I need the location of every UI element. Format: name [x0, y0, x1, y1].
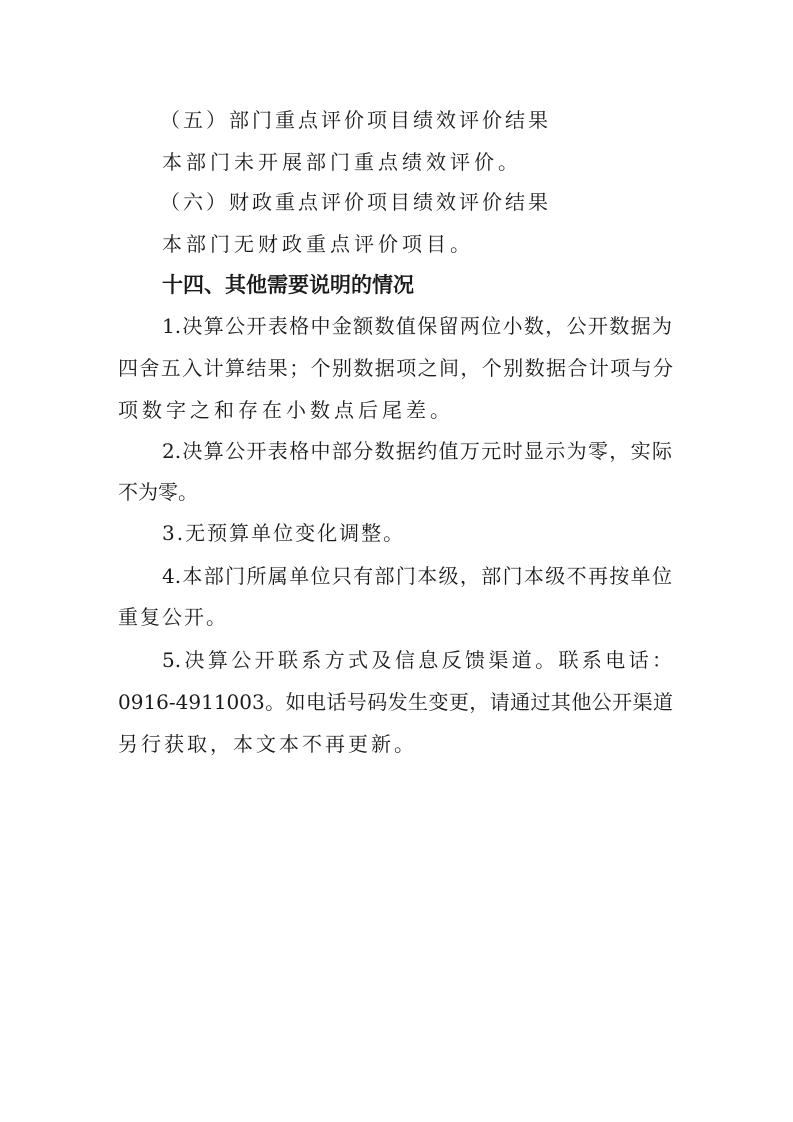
note-1-line-3: 项数字之和存在小数点后尾差。: [118, 398, 454, 422]
note-1-line-2: 四舍五入计算结果；个别数据项之间，个别数据合计项与分: [118, 356, 673, 380]
note-5-line-3: 另行获取，本文本不再更新。: [118, 732, 417, 756]
section-6-body: 本部门无财政重点评价项目。: [162, 232, 474, 256]
note-4-line-1: 4.本部门所属单位只有部门本级，部门本级不再按单位: [162, 564, 672, 588]
note-5-line-2: 0916-4911003。如电话号码发生变更，请通过其他公开渠道: [118, 690, 673, 714]
note-4-line-2: 重复公开。: [118, 605, 228, 629]
section-6-title: （六）财政重点评价项目绩效评价结果: [160, 190, 551, 214]
note-1-line-1: 1.决算公开表格中金额数值保留两位小数，公开数据为: [162, 314, 672, 338]
note-3: 3.无预算单位变化调整。: [162, 521, 405, 545]
note-2-line-1: 2.决算公开表格中部分数据约值万元时显示为零，实际: [162, 439, 672, 463]
document-page: （五）部门重点评价项目绩效评价结果 本部门未开展部门重点绩效评价。 （六）财政重…: [0, 0, 793, 1122]
section-5-title: （五）部门重点评价项目绩效评价结果: [160, 108, 551, 132]
note-5-line-1: 5.决算公开联系方式及信息反馈渠道。联系电话：: [162, 648, 672, 672]
note-2-line-2: 不为零。: [118, 480, 198, 504]
section-5-body: 本部门未开展部门重点绩效评价。: [162, 150, 522, 174]
section-14-title: 十四、其他需要说明的情况: [162, 273, 414, 297]
